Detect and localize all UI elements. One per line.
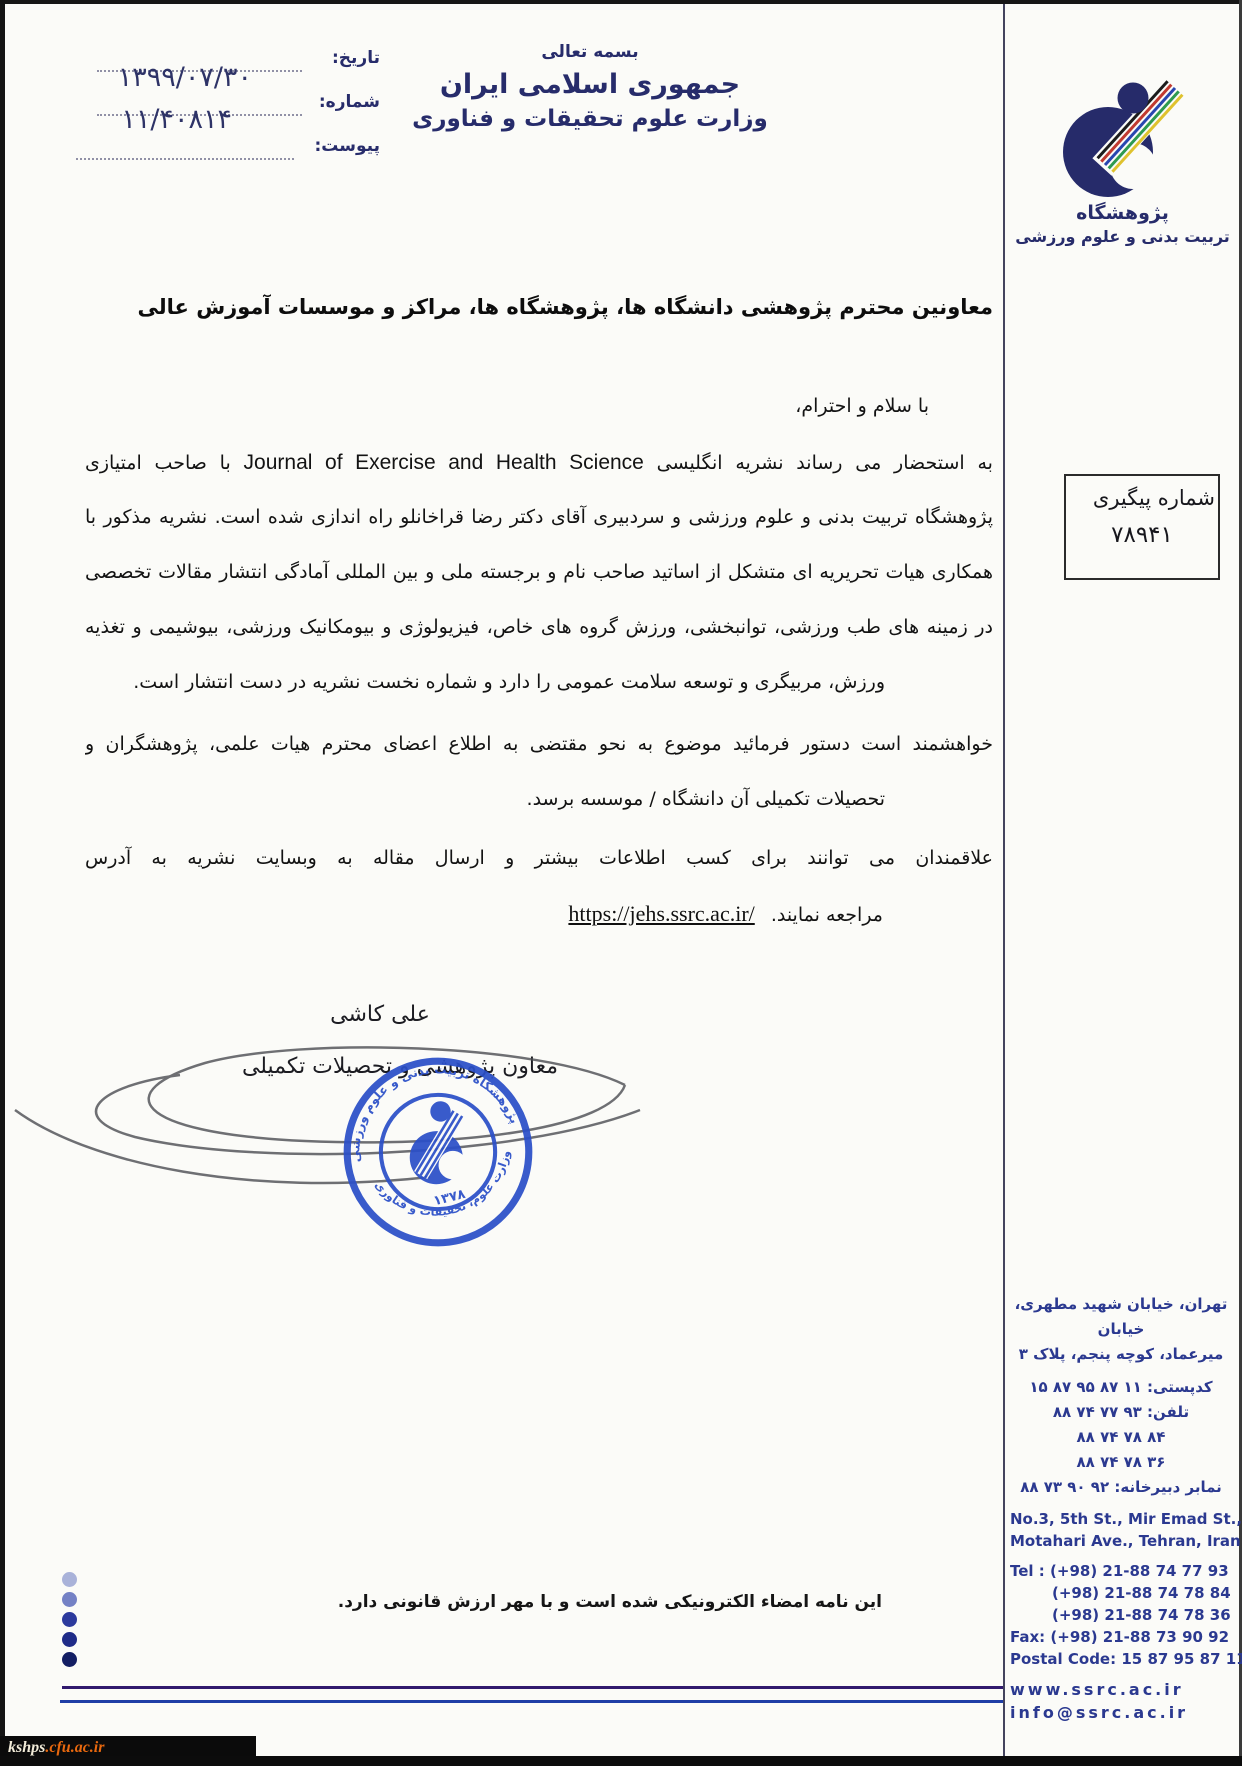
phone-en-line3: (+98) 21-88 74 78 36 [1006, 1604, 1236, 1626]
phone-fa-label: تلفن: [1147, 1403, 1189, 1421]
letterhead-center: بسمه تعالی جمهوری اسلامی ایران وزارت علو… [385, 42, 795, 132]
tracking-number-box: شماره پیگیری ۷۸۹۴۱ [1064, 474, 1220, 580]
watermark-part1: kshps [8, 1739, 45, 1756]
institute-logo-icon [1030, 70, 1210, 210]
journal-name: Journal of Exercise and Health Science [244, 451, 644, 474]
tracking-number-label: شماره پیگیری [1066, 476, 1218, 510]
paragraph-2: خواهشمند است دستور فرمائید موضوع به نحو … [85, 717, 993, 827]
electronic-signature-note: این نامه امضاء الکترونیکی شده است و با م… [338, 1592, 882, 1612]
fax-fa: نمابر دبیرخانه: ۸۸ ۷۳ ۹۰ ۹۲ [1006, 1475, 1236, 1500]
address-fa-line1: تهران، خیابان شهید مطهری، خیابان [1006, 1292, 1236, 1342]
address-fa-line2: میرعماد، کوچه پنجم، پلاک ۳ [1006, 1342, 1236, 1367]
dot-2 [62, 1592, 77, 1607]
paragraph-1-line-2: پژوهشگاه تربیت بدنی و علوم ورزشی و سردبی… [85, 490, 993, 545]
phone-fa-value1: ۸۸ ۷۴ ۷۷ ۹۳ [1053, 1403, 1142, 1421]
phone-en-line2: (+98) 21-88 74 78 84 [1006, 1582, 1236, 1604]
postal-en-label: Postal Code: [1010, 1650, 1116, 1668]
fax-en-label: Fax: [1010, 1628, 1045, 1646]
paragraph-3-line-1: علاقمندان می توانند برای کسب اطلاعات بیش… [85, 831, 993, 886]
journal-website-link[interactable]: https://jehs.ssrc.ac.ir/ [568, 901, 754, 926]
number-value: ۱۱/۴۰۸۱۴ [121, 104, 232, 135]
letter-page: تاریخ: ۱۳۹۹/۰۷/۳۰ شماره: ۱۱/۴۰۸۱۴ پیوست:… [0, 0, 1242, 1766]
sidebar-divider-line [1003, 4, 1005, 1756]
footer-rule-top [62, 1686, 1003, 1689]
postal-en-value: 15 87 95 87 11 [1121, 1650, 1242, 1668]
paragraph-2-line-2: تحصیلات تکمیلی آن دانشگاه / موسسه برسد. [85, 772, 993, 827]
phone-fa-value2: ۸۸ ۷۴ ۷۸ ۸۴ [1077, 1428, 1166, 1446]
decorative-dots [62, 1572, 78, 1672]
dot-1 [62, 1572, 77, 1587]
number-label: شماره: [319, 92, 380, 112]
postal-en-line: Postal Code: 15 87 95 87 11 [1006, 1648, 1236, 1670]
letter-meta: تاریخ: ۱۳۹۹/۰۷/۳۰ شماره: ۱۱/۴۰۸۱۴ پیوست: [70, 46, 380, 176]
phone-fa-line3: ۸۸ ۷۴ ۷۸ ۳۶ [1006, 1450, 1236, 1475]
date-label: تاریخ: [332, 48, 380, 68]
p1-l1-after: با صاحب امتیازی [85, 452, 231, 474]
tracking-number-value: ۷۸۹۴۱ [1066, 522, 1218, 548]
paragraph-1-line-5: ورزش، مربیگری و توسعه سلامت عمومی را دار… [85, 655, 993, 710]
attachment-label: پیوست: [315, 136, 381, 156]
dot-4 [62, 1632, 77, 1647]
fax-en-line: Fax: (+98) 21-88 73 90 92 [1006, 1626, 1236, 1648]
paragraph-2-line-1: خواهشمند است دستور فرمائید موضوع به نحو … [85, 717, 993, 772]
paragraph-3-line-2: https://jehs.ssrc.ac.ir/ مراجعه نمایند. [85, 886, 993, 941]
phone-fa-line2: ۸۸ ۷۴ ۷۸ ۸۴ [1006, 1425, 1236, 1450]
address-en-line1: No.3, 5th St., Mir Emad St., [1006, 1508, 1236, 1530]
dot-5 [62, 1652, 77, 1667]
p3-after-url: مراجعه نمایند. [771, 904, 883, 926]
phone-fa: تلفن: ۸۸ ۷۴ ۷۷ ۹۳ [1006, 1400, 1236, 1425]
paragraph-1-line-4: در زمینه های طب ورزشی، توانبخشی، ورزش گر… [85, 600, 993, 655]
paragraph-1: به استحضار می رساند نشریه انگلیسی Journa… [85, 435, 993, 710]
postal-code-fa-value: ۱۵ ۸۷ ۹۵ ۸۷ ۱۱ [1029, 1378, 1141, 1396]
recipient-heading: معاونین محترم پژوهشی دانشگاه ها، پژوهشگا… [138, 295, 993, 319]
scan-edge-top [0, 0, 1242, 4]
institute-name-line2: تربیت بدنی و علوم ورزشی [1005, 227, 1240, 246]
paragraph-1-line-1: به استحضار می رساند نشریه انگلیسی Journa… [85, 435, 993, 490]
watermark-part2: .cfu.ac.ir [45, 1739, 104, 1756]
fax-fa-value: ۸۸ ۷۳ ۹۰ ۹۲ [1020, 1478, 1109, 1496]
contact-info: تهران، خیابان شهید مطهری، خیابان میرعماد… [1006, 1292, 1236, 1724]
attachment-dotted-line [76, 158, 294, 160]
website-url[interactable]: www.ssrc.ac.ir [1006, 1678, 1236, 1701]
footer-rule-bottom [60, 1700, 1003, 1703]
bismillah-text: بسمه تعالی [385, 42, 795, 62]
stamp-logo-icon [397, 1097, 476, 1190]
date-value: ۱۳۹۹/۰۷/۳۰ [118, 62, 252, 93]
ministry-title: وزارت علوم تحقیقات و فناوری [385, 106, 795, 132]
email-address[interactable]: info@ssrc.ac.ir [1006, 1701, 1236, 1724]
paragraph-1-line-3: همکاری هیات تحریریه ای متشکل از اساتید ص… [85, 545, 993, 600]
paragraph-3: علاقمندان می توانند برای کسب اطلاعات بیش… [85, 831, 993, 941]
phone-fa-value3: ۸۸ ۷۴ ۷۸ ۳۶ [1077, 1453, 1166, 1471]
fax-en-value: (+98) 21-88 73 90 92 [1050, 1628, 1229, 1646]
scan-edge-bottom [0, 1756, 1242, 1766]
phone-en-label: Tel : [1010, 1562, 1045, 1580]
salutation: با سلام و احترام، [795, 395, 929, 417]
fax-fa-label: نمابر دبیرخانه: [1114, 1478, 1221, 1496]
scan-edge-left [0, 0, 5, 1766]
postal-code-fa-label: کدپستی: [1147, 1378, 1213, 1396]
phone-en-value1: (+98) 21-88 74 77 93 [1050, 1562, 1229, 1580]
p1-l1-before: به استحضار می رساند نشریه انگلیسی [657, 452, 993, 474]
phone-en-line1: Tel : (+98) 21-88 74 77 93 [1006, 1560, 1236, 1582]
postal-code-fa: کدپستی: ۱۵ ۸۷ ۹۵ ۸۷ ۱۱ [1006, 1375, 1236, 1400]
address-en-line2: Motahari Ave., Tehran, Iran [1006, 1530, 1236, 1552]
institute-name-line1: پژوهشگاه [1005, 202, 1240, 224]
dot-3 [62, 1612, 77, 1627]
republic-title: جمهوری اسلامی ایران [385, 69, 795, 100]
institute-name: پژوهشگاه تربیت بدنی و علوم ورزشی [1005, 202, 1240, 246]
